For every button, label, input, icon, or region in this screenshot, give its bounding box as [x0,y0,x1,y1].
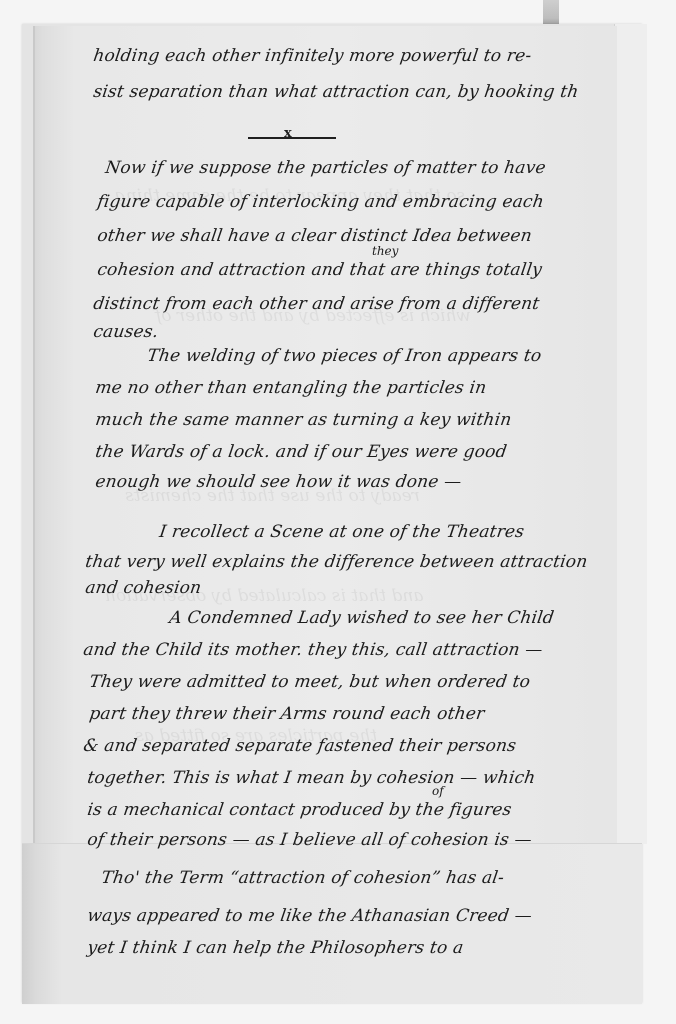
manuscript-line: other we shall have a clear distinct Ide… [96,226,533,246]
divider-rule [248,137,336,139]
binding-tab [543,0,559,26]
manuscript-line: sist separation than what attraction can… [92,82,580,102]
manuscript-line: is a mechanical contact produced by the … [86,800,513,820]
manuscript-line: that very well explains the difference b… [84,552,589,572]
interlinear-insertion: they [372,244,398,258]
section-mark-glyph: x [284,126,292,141]
manuscript-line: distinct from each other and arise from … [92,294,541,314]
manuscript-line: cohesion and attraction and that are thi… [96,260,543,280]
interlinear-insertion: of [432,784,444,798]
manuscript-line: yet I think I can help the Philosophers … [86,938,465,958]
manuscript-line: Tho' the Term “attraction of cohesion” h… [100,868,505,888]
manuscript-line: together. This is what I mean by cohesio… [86,768,537,788]
manuscript-line: causes. [92,322,160,342]
manuscript-line: The welding of two pieces of Iron appear… [146,346,543,366]
manuscript-line: much the same manner as turning a key wi… [94,410,513,430]
manuscript-line: Now if we suppose the particles of matte… [104,158,547,178]
manuscript-line: and the Child its mother. they this, cal… [82,640,544,660]
manuscript-line: part they threw their Arms round each ot… [88,704,486,724]
manuscript-line: ways appeared to me like the Athanasian … [86,906,533,926]
manuscript-line: and cohesion [84,578,203,598]
manuscript-line: of their persons — as I believe all of c… [86,830,533,850]
adjacent-page-edge [614,24,647,844]
manuscript-line: figure capable of interlocking and embra… [96,192,545,212]
manuscript-line: enough we should see how it was done — [94,472,463,492]
scan-background: so that they appear to be the same thing… [0,0,676,1024]
manuscript-line: holding each other infinitely more power… [92,46,533,66]
manuscript-line: A Condemned Lady wished to see her Child [168,608,555,628]
manuscript-line: me no other than entangling the particle… [94,378,488,398]
manuscript-line: I recollect a Scene at one of the Theatr… [158,522,526,542]
manuscript-line: & and separated separate fastened their … [82,736,518,756]
manuscript-line: the Wards of a lock. and if our Eyes wer… [94,442,508,462]
section-divider: x [248,130,336,140]
manuscript-line: They were admitted to meet, but when ord… [88,672,532,692]
